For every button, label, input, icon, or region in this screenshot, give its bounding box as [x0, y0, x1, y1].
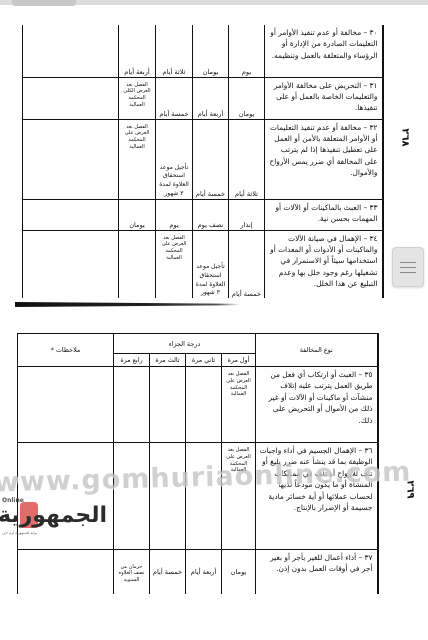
header-second-time: ثاني مرة — [186, 354, 222, 367]
penalty-third: يوم — [156, 199, 193, 230]
page-268: ٣٠ – مخالفة أو عدم تنفيذ الأوامر أو التع… — [0, 5, 428, 300]
violation-description: ٣٢ – مخالفة أو عدم تنفيذ التعليمات أو ال… — [265, 119, 383, 199]
penalty-third: خمسة أيام — [150, 550, 186, 594]
penalty-fourth: أربعة أيام — [119, 25, 156, 77]
table-row: ٣٤ – الإهمال في صيانة الآلات والماكينات … — [23, 230, 383, 298]
penalty-fourth: يومان — [119, 199, 156, 230]
scroll-thumb-icon[interactable] — [392, 247, 424, 287]
header-fourth-time: رابع مرة — [114, 354, 150, 367]
logo-tagline: بوابة الجمهورية أون لاين — [2, 531, 37, 535]
penalty-first: يومان — [229, 77, 265, 119]
penalty-second: أربعة أيام — [193, 77, 229, 119]
table-row: ٣٠ – مخالفة أو عدم تنفيذ الأوامر أو التع… — [23, 25, 383, 77]
penalty-table-continued: ٣٠ – مخالفة أو عدم تنفيذ الأوامر أو التع… — [22, 25, 384, 298]
scan-edge-streak — [15, 302, 240, 307]
page-number: ٢٦٨ — [400, 128, 411, 146]
penalty-first: ثلاثة أيام — [229, 119, 265, 199]
penalty-fourth: الفصل بعد العرض الكلي المحكمة العمالية — [119, 77, 156, 119]
penalty-second — [186, 443, 222, 550]
violation-description: ٣٧ – أداء أعمال للغير بأجر أو بغير أجر ف… — [256, 550, 378, 594]
violation-description: ٣٤ – الإهمال في صيانة الآلات والماكينات … — [265, 230, 383, 298]
notes-cell — [18, 367, 114, 443]
table-row: ٣٢ – مخالفة أو عدم تنفيذ التعليمات أو ال… — [23, 119, 383, 199]
header-third-time: ثالث مرة — [150, 354, 186, 367]
notes-cell — [23, 230, 119, 298]
penalty-first: الفصل بعد العرض على المحكمة العمالية — [222, 367, 256, 443]
penalty-first: الفصل بعد العرض على المحكمة العمالية — [222, 443, 256, 550]
violation-description: ٣١ – التحريض على مخالفة الأوامر والتعليم… — [265, 77, 383, 119]
notes-cell — [23, 199, 119, 230]
penalty-fourth: حرمان من نصف العلاوة السنوية — [114, 550, 150, 594]
table-row: ٣٧ – أداء أعمال للغير بأجر أو بغير أجر ف… — [18, 550, 378, 594]
penalty-fourth — [114, 443, 150, 550]
violation-description: ٣٥ – العبث أو ارتكاب أي فعل من طريق العم… — [256, 367, 378, 443]
penalty-second: يومان — [193, 25, 229, 77]
table-header-row: نوع المخالفة درجة الجزاء ملاحظات * — [18, 334, 378, 354]
table-row: ٣٥ – العبث أو ارتكاب أي فعل من طريق العم… — [18, 367, 378, 443]
penalty-third — [150, 443, 186, 550]
notes-cell — [23, 77, 119, 119]
penalty-first: يومان — [222, 550, 256, 594]
header-notes: ملاحظات * — [18, 334, 114, 367]
notes-cell — [18, 550, 114, 594]
notes-cell — [23, 119, 119, 199]
penalty-third — [150, 367, 186, 443]
penalty-fourth: الفصل بعد العرض على المحكمة العمالية — [119, 119, 156, 199]
penalty-third: خمسة أيام — [156, 77, 193, 119]
penalty-first: إنذار — [229, 199, 265, 230]
penalty-second: تأجيل موعد استحقاق العلاوة لمدة ٣ شهور — [193, 230, 229, 298]
penalty-second: أربعة أيام — [186, 550, 222, 594]
notes-cell — [23, 25, 119, 77]
penalty-third: الفصل بعد العرض على المحكمة العمالية — [156, 230, 193, 298]
violation-description: ٣٣ – العبث بالماكينات أو الآلات أو المهم… — [265, 199, 383, 230]
publisher-logo: Online الجمهورية بوابة الجمهورية أون لاي… — [0, 497, 70, 541]
penalty-fourth — [114, 367, 150, 443]
logo-text: الجمهورية — [0, 503, 107, 528]
header-first-time: أول مرة — [222, 354, 256, 367]
violation-description: ٣٠ – مخالفة أو عدم تنفيذ الأوامر أو التع… — [265, 25, 383, 77]
header-violation-type: نوع المخالفة — [256, 334, 378, 367]
penalty-first: خمسة أيام — [229, 230, 265, 298]
table-row: ٣٣ – العبث بالماكينات أو الآلات أو المهم… — [23, 199, 383, 230]
penalty-second: خمسة أيام — [193, 119, 229, 199]
penalty-first: يوم — [229, 25, 265, 77]
header-penalty-degree: درجة الجزاء — [114, 334, 256, 354]
penalty-second — [186, 367, 222, 443]
penalty-fourth — [119, 230, 156, 298]
penalty-third: تأجيل موعد استحقاق العلاوة لمدة ٣ شهور — [156, 119, 193, 199]
table-row: ٣١ – التحريض على مخالفة الأوامر والتعليم… — [23, 77, 383, 119]
penalty-third: ثلاثة أيام — [156, 25, 193, 77]
penalty-second: نصف يوم — [193, 199, 229, 230]
